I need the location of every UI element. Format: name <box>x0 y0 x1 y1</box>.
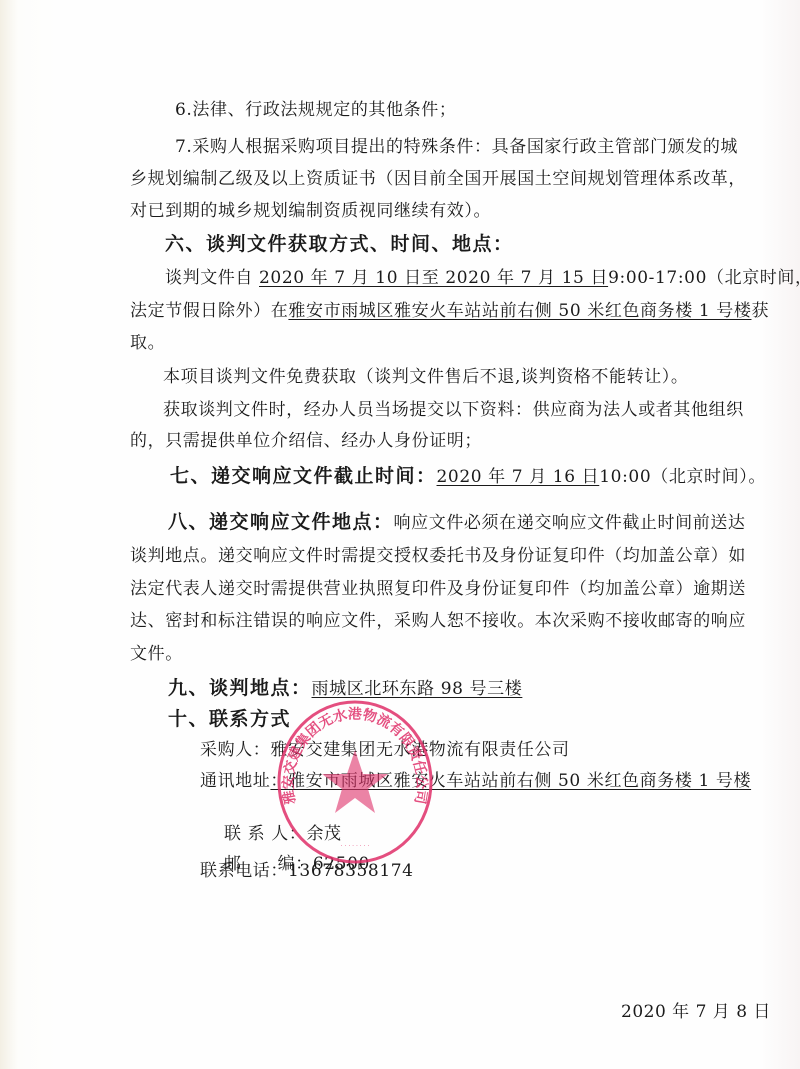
address-label: 通讯地址 <box>200 771 270 791</box>
deadline-time: 10:00（北京时间）。 <box>599 467 766 487</box>
paragraph-item-6: 6.法律、行政法规规定的其他条件； <box>175 99 456 121</box>
purchaser-label: 采购人： <box>200 740 270 760</box>
section-6-line-2-prefix: 法定节假日除外）在 <box>130 301 288 321</box>
acquisition-period: 2020 年 7 月 10 日至 2020 年 7 月 15 日 <box>259 268 608 288</box>
section-8-line-1-text: 响应文件必须在递交响应文件截止时间前送达 <box>394 513 746 533</box>
section-8-line-1: 八、递交响应文件地点：响应文件必须在递交响应文件截止时间前送达 <box>168 511 746 534</box>
section-8-heading: 八、递交响应文件地点： <box>168 511 394 533</box>
section-9-heading: 九、谈判地点： <box>168 677 312 699</box>
section-10-heading: 十、联系方式 <box>168 708 291 730</box>
purchaser-row: 采购人：雅安交建集团无水港物流有限责任公司 <box>200 739 570 761</box>
section-6-line-5: 获取谈判文件时，经办人员当场提交以下资料：供应商为法人或者其他组织 <box>163 399 744 421</box>
document-date: 2020 年 7 月 8 日 <box>621 997 771 1022</box>
paragraph-item-7-line-3: 对已到期的城乡规划编制资质视同继续有效）。 <box>130 200 491 222</box>
section-6-line-2: 法定节假日除外）在雅安市雨城区雅安火车站站前右侧 50 米红色商务楼 1 号楼获 <box>130 300 769 322</box>
paragraph-item-7-line-1: 7.采购人根据采购项目提出的特殊条件：具备国家行政主管部门颁发的城 <box>175 136 738 158</box>
section-6-line-2-suffix: 获 <box>751 301 769 321</box>
section-6-line-1-suffix: 9:00-17:00（北京时间， <box>608 268 800 288</box>
section-8-line-4: 达、密封和标注错误的响应文件，采购人恕不接收。本次采购不接收邮寄的响应 <box>130 610 746 632</box>
section-7-heading: 七、递交响应文件截止时间： <box>170 465 437 487</box>
phone-row: 联系电话：13678358174 <box>200 860 414 882</box>
section-9: 九、谈判地点：雨城区北环东路 98 号三楼 <box>168 677 522 700</box>
section-6-line-4: 本项目谈判文件免费获取（谈判文件售后不退,谈判资格不能转让）。 <box>163 366 689 388</box>
address-row: 通讯地址：雅安市雨城区雅安火车站站前右侧 50 米红色商务楼 1 号楼 <box>200 770 751 792</box>
section-8-line-2: 谈判地点。递交响应文件时需提交授权委托书及身份证复印件（均加盖公章）如 <box>130 545 746 567</box>
purchaser-value: 雅安交建集团无水港物流有限责任公司 <box>270 740 569 760</box>
section-6-heading: 六、谈判文件获取方式、时间、地点： <box>165 233 514 255</box>
section-6-line-3: 取。 <box>130 332 165 354</box>
paragraph-item-7-line-2: 乡规划编制乙级及以上资质证书（因目前全国开展国土空间规划管理体系改革， <box>130 168 746 190</box>
negotiation-location: 雨城区北环东路 98 号三楼 <box>312 679 523 699</box>
section-7: 七、递交响应文件截止时间：2020 年 7 月 16 日10:00（北京时间）。 <box>170 465 766 488</box>
section-6-line-1: 谈判文件自 2020 年 7 月 10 日至 2020 年 7 月 15 日9:… <box>165 267 800 289</box>
address-value: ：雅安市雨城区雅安火车站站前右侧 50 米红色商务楼 1 号楼 <box>270 771 751 791</box>
document-page: 6.法律、行政法规规定的其他条件； 7.采购人根据采购项目提出的特殊条件：具备国… <box>0 0 800 1069</box>
section-8-line-3: 法定代表人递交时需提供营业执照复印件及身份证复印件（均加盖公章）逾期送 <box>130 578 746 600</box>
phone-value: 13678358174 <box>288 861 414 881</box>
section-6-line-1-prefix: 谈判文件自 <box>165 268 259 288</box>
phone-label: 联系电话： <box>200 861 288 881</box>
section-6-line-6: 的，只需提供单位介绍信、经办人身份证明； <box>130 430 482 452</box>
section-8-line-5: 文件。 <box>130 643 183 665</box>
deadline-date: 2020 年 7 月 16 日 <box>437 467 600 487</box>
acquisition-location: 雅安市雨城区雅安火车站站前右侧 50 米红色商务楼 1 号楼 <box>288 301 751 321</box>
